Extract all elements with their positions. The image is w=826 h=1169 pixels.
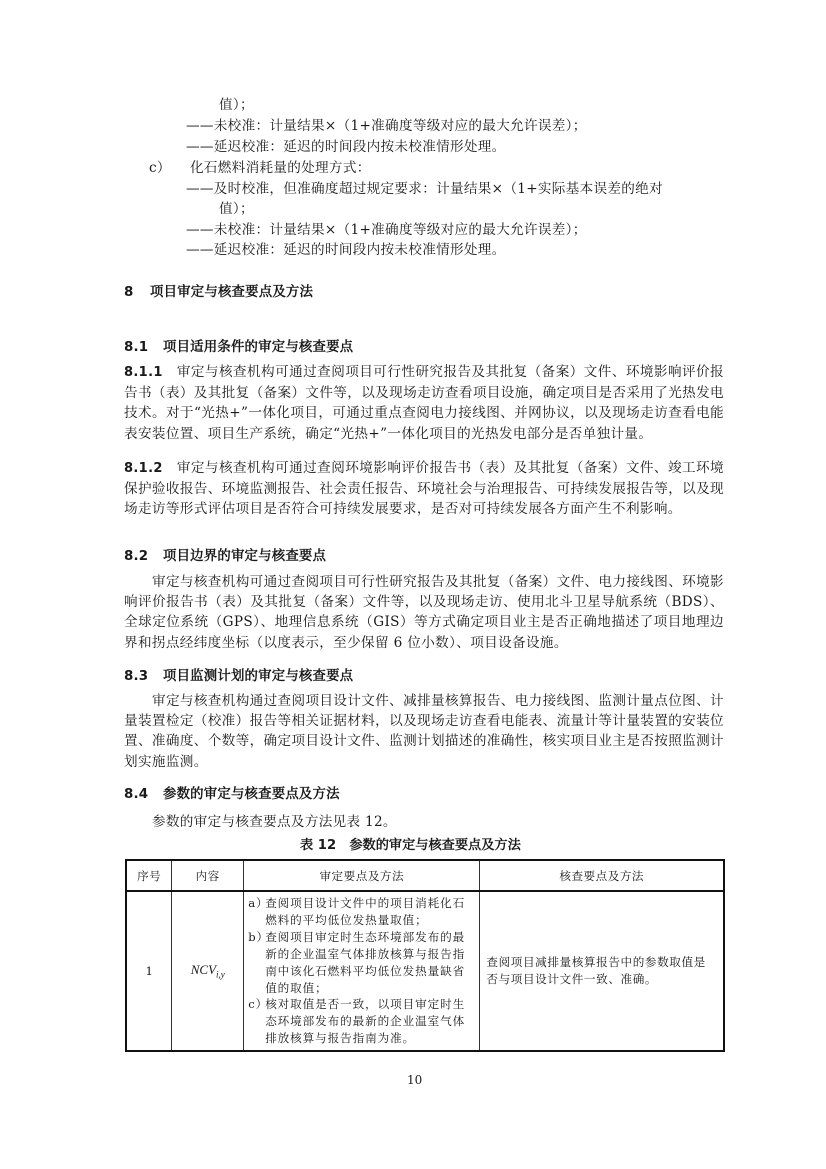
header-validation: 审定要点及方法 xyxy=(244,860,480,891)
list-b-uncalibrated: ——未校准：计量结果×（1+准确度等级对应的最大允许误差）； xyxy=(186,117,587,136)
parameter-subscript: i,y xyxy=(216,970,225,980)
cell-validation: a） 查阅项目设计文件中的项目消耗化石燃料的平均低位发热量取值； b） 查阅项目… xyxy=(244,891,480,1051)
list-b-value-tail: 值）； xyxy=(219,96,254,115)
list-c-timely-line1: ——及时校准，但准确度超过规定要求：计量结果×（1+实际基本误差的绝对 xyxy=(186,180,663,199)
cell-parameter: NCVi,y xyxy=(172,891,244,1051)
validation-item-b-text: 查阅项目审定时生态环境部发布的最新的企业温室气体排放核算与报告指南中该化石燃料平… xyxy=(265,929,475,997)
section-8-4-title: 参数的审定与核查要点及方法 xyxy=(163,787,340,802)
section-8-2-number: 8.2 xyxy=(124,549,163,564)
clause-8-1-1-text: 审定与核查机构可通过查阅项目可行性研究报告及其批复（备案）文件、环境影响评价报告… xyxy=(124,364,724,442)
section-8-1-number: 8.1 xyxy=(124,340,163,355)
section-8-4-number: 8.4 xyxy=(124,787,163,802)
clause-8-1-2-text: 审定与核查机构可通过查阅环境影响评价报告书（表）及其批复（备案）文件、竣工环境保… xyxy=(124,460,724,517)
list-c-uncalibrated: ——未校准：计量结果×（1+准确度等级对应的最大允许误差）； xyxy=(186,221,587,240)
section-8-3-number: 8.3 xyxy=(124,669,163,684)
section-8-number: 8 xyxy=(124,285,150,300)
validation-item-b: b） 查阅项目审定时生态环境部发布的最新的企业温室气体排放核算与报告指南中该化石… xyxy=(248,929,475,997)
paragraph-8-3: 审定与核查机构通过查阅项目设计文件、减排量核算报告、电力接线图、监测计量点位图、… xyxy=(124,691,724,772)
cell-index: 1 xyxy=(126,891,172,1051)
validation-item-a: a） 查阅项目设计文件中的项目消耗化石燃料的平均低位发热量取值； xyxy=(248,895,475,929)
section-8-heading: 8项目审定与核查要点及方法 xyxy=(124,281,313,300)
page-number: 10 xyxy=(407,1073,422,1087)
clause-8-1-2-number: 8.1.2 xyxy=(124,461,163,476)
parameter-base: NCV xyxy=(191,962,216,977)
list-b-delayed: ——延迟校准：延迟的时间段内按未校准情形处理。 xyxy=(186,138,506,157)
validation-item-c: c） 核对取值是否一致，以项目审定时生态环境部发布的最新的企业温室气体排放核算与… xyxy=(248,996,475,1047)
section-8-1-heading: 8.1项目适用条件的审定与核查要点 xyxy=(124,336,353,355)
section-8-4-heading: 8.4参数的审定与核查要点及方法 xyxy=(124,783,340,802)
section-8-2-heading: 8.2项目边界的审定与核查要点 xyxy=(124,545,326,564)
section-8-2-title: 项目边界的审定与核查要点 xyxy=(163,549,326,564)
table-12: 序号 内容 审定要点及方法 核查要点及方法 1 NCVi,y a） 查阅项目设计… xyxy=(125,859,725,1052)
header-content: 内容 xyxy=(172,860,244,891)
validation-item-a-text: 查阅项目设计文件中的项目消耗化石燃料的平均低位发热量取值； xyxy=(265,895,475,929)
section-8-title: 项目审定与核查要点及方法 xyxy=(150,285,313,300)
paragraph-8-4: 参数的审定与核查要点及方法见表 12。 xyxy=(152,813,397,832)
paragraph-8-2: 审定与核查机构可通过查阅项目可行性研究报告及其批复（备案）文件、电力接线图、环境… xyxy=(124,572,724,653)
table-header-row: 序号 内容 审定要点及方法 核查要点及方法 xyxy=(126,860,724,891)
list-c-timely-line2: 值）； xyxy=(219,200,254,219)
table-12-caption: 表 12 参数的审定与核查要点及方法 xyxy=(300,834,521,853)
validation-item-c-marker: c） xyxy=(248,996,265,1047)
list-c-marker: c） xyxy=(149,159,171,178)
validation-item-a-marker: a） xyxy=(248,895,265,929)
section-8-3-title: 项目监测计划的审定与核查要点 xyxy=(163,669,353,684)
section-8-3-heading: 8.3项目监测计划的审定与核查要点 xyxy=(124,665,353,684)
validation-item-c-text: 核对取值是否一致，以项目审定时生态环境部发布的最新的企业温室气体排放核算与报告指… xyxy=(265,996,475,1047)
paragraph-8-1-2: 8.1.2审定与核查机构可通过查阅环境影响评价报告书（表）及其批复（备案）文件、… xyxy=(124,458,724,520)
list-c-delayed: ——延迟校准：延迟的时间段内按未校准情形处理。 xyxy=(186,241,506,260)
list-c-title: 化石燃料消耗量的处理方式： xyxy=(190,159,371,178)
paragraph-8-1-1: 8.1.1审定与核查机构可通过查阅项目可行性研究报告及其批复（备案）文件、环境影… xyxy=(124,362,724,444)
header-index: 序号 xyxy=(126,860,172,891)
clause-8-1-1-number: 8.1.1 xyxy=(124,365,163,380)
cell-verification: 查阅项目减排量核算报告中的参数取值是否与项目设计文件一致、准确。 xyxy=(480,891,724,1051)
parameter-symbol: NCVi,y xyxy=(191,962,225,977)
table-row: 1 NCVi,y a） 查阅项目设计文件中的项目消耗化石燃料的平均低位发热量取值… xyxy=(126,891,724,1051)
validation-item-b-marker: b） xyxy=(248,929,265,997)
section-8-1-title: 项目适用条件的审定与核查要点 xyxy=(163,340,353,355)
header-verification: 核查要点及方法 xyxy=(480,860,724,891)
